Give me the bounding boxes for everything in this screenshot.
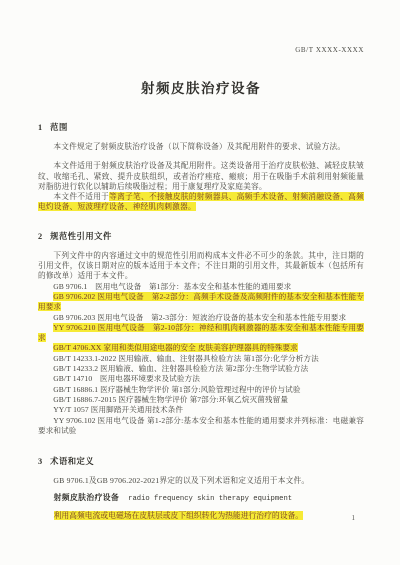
reference-item: GB 9706.1 医用电气设备 第1部分：基本安全和基本性能的通用要求: [38, 282, 364, 292]
section-2-title: 规范性引用文件: [50, 232, 112, 242]
term-chinese: 射频皮肤治疗设备: [54, 493, 120, 502]
scope-paragraph-3: 本文件不适用于等离子笔、不接触皮肤的射频器具、高频手术设备、射频消融设备、高频电…: [38, 192, 364, 213]
reference-item: GB/T 14233.1-2022 医用输液、输血、注射器具检验方法 第1部分:…: [38, 354, 364, 364]
term-entry: 射频皮肤治疗设备radio frequency skin therapy equ…: [38, 493, 364, 505]
section-3-title: 术语和定义: [50, 457, 94, 467]
reference-item: GB/T 14233.2 医用输液、输血、注射器具检验方法 第2部分:生物学试验…: [38, 364, 364, 374]
section-1-heading: 1范围: [38, 123, 364, 133]
page-number: 1: [352, 514, 356, 522]
term-definition: 利用高频电流或电磁场在皮肤层或皮下组织转化为热能进行治疗的设备。: [38, 511, 364, 522]
section-1-title: 范围: [50, 123, 68, 133]
reference-item: YY 9706.210 医用电气设备 第2-10部分：神经和肌肉刺激器的基本安全…: [38, 323, 364, 344]
section-1-number: 1: [38, 123, 42, 133]
section-3-heading: 3术语和定义: [38, 457, 364, 467]
section-2-number: 2: [38, 232, 42, 242]
reference-item: GB/T 4706.XX 家用和类似用途电器的安全 皮肤美容护理器具的特殊要求: [38, 343, 364, 353]
reference-item: GB/T 14710 医用电器环境要求及试验方法: [38, 374, 364, 384]
reference-item: GB 9706.203 医用电气设备 第2-3部分：短波治疗设备的基本安全和基本…: [38, 313, 364, 323]
standard-code: GB/T XXXX-XXXX: [38, 46, 364, 55]
reference-item: GB/T 16886.7-2015 医疗器械生物学评价 第7部分:环氧乙烷灭菌残…: [38, 395, 364, 405]
terms-intro: GB 9706.1及GB 9706.202-2021界定的以及下列术语和定义适用…: [38, 476, 364, 486]
section-3-number: 3: [38, 457, 42, 467]
scope-paragraph-1: 本文件规定了射频皮肤治疗设备（以下简称设备）及其配用附件的要求、试验方法。: [38, 142, 364, 152]
scope-paragraph-2: 本文件适用于射频皮肤治疗设备及其配用附件。这类设备用于治疗皮肤松弛、减轻皮肤皱纹…: [38, 161, 364, 192]
normative-references-intro: 下列文件中的内容通过文中的规范性引用而构成本文件必不可少的条款。其中，注日期的引…: [38, 251, 364, 282]
term-english: radio frequency skin therapy equipment: [128, 495, 292, 503]
references-list: GB 9706.1 医用电气设备 第1部分：基本安全和基本性能的通用要求GB 9…: [38, 282, 364, 436]
document-title: 射频皮肤治疗设备: [38, 81, 364, 97]
reference-item: GB 9706.202 医用电气设备 第2-2部分：高频手术设备及高频附件的基本…: [38, 292, 364, 313]
term-definition-highlight: 利用高频电流或电磁场在皮肤层或皮下组织转化为热能进行治疗的设备。: [54, 511, 304, 520]
reference-item: YY/T 1057 医用脚踏开关通用技术条件: [38, 405, 364, 415]
reference-item: GB/T 16886.1 医疗器械生物学评价 第1部分:风险管理过程中的评价与试…: [38, 385, 364, 395]
scope-exclusion-prefix: 本文件不适用于: [53, 192, 109, 201]
document-page: GB/T XXXX-XXXX 射频皮肤治疗设备 1范围 本文件规定了射频皮肤治疗…: [0, 0, 400, 565]
reference-item: YY 9706.102 医用电气设备 第1-2部分:基本安全和基本性能的通用要求…: [38, 416, 364, 437]
section-2-heading: 2规范性引用文件: [38, 232, 364, 242]
